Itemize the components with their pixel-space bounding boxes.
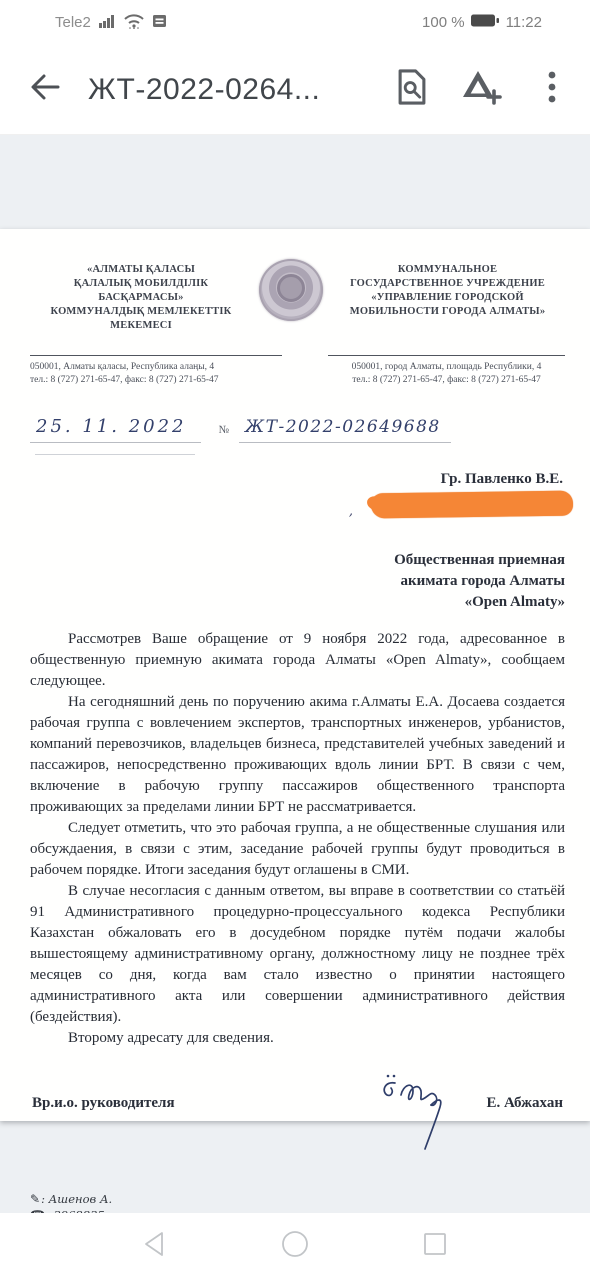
paragraph: Второму адресату для сведения. (30, 1028, 565, 1049)
battery-icon (471, 13, 500, 32)
find-in-page-icon (394, 68, 430, 111)
org-name-russian: КОММУНАЛЬНОЕ ГОСУДАРСТВЕННОЕ УЧРЕЖДЕНИЕ … (330, 259, 565, 319)
status-bar: Tele2 (0, 0, 590, 45)
battery-percent-label: 100 % (422, 14, 465, 31)
wifi-icon (123, 12, 145, 33)
nav-home-button[interactable] (280, 1232, 310, 1262)
signer-position: Вр.и.о. руководителя (32, 1095, 175, 1112)
org-name-kazakh: «АЛМАТЫ ҚАЛАСЫ ҚАЛАЛЫҚ МОБИЛДІЛІК БАСҚАР… (30, 259, 252, 333)
pen-icon: ✎ (30, 1192, 40, 1206)
letterhead: «АЛМАТЫ ҚАЛАСЫ ҚАЛАЛЫҚ МОБИЛДІЛІК БАСҚАР… (30, 259, 565, 333)
handwritten-mark: , (349, 504, 353, 519)
clock-label: 11:22 (506, 14, 542, 31)
handwritten-signature-icon (375, 1069, 470, 1156)
carrier-label: Tele2 (55, 14, 91, 31)
back-arrow-icon (27, 71, 61, 108)
add-to-drive-button[interactable] (460, 68, 504, 112)
letter-body: Рассмотрев Ваше обращение от 9 ноября 20… (30, 629, 565, 1049)
overflow-menu-button[interactable] (530, 68, 574, 112)
document-viewer[interactable]: «АЛМАТЫ ҚАЛАСЫ ҚАЛАЛЫҚ МОБИЛДІЛІК БАСҚАР… (0, 135, 590, 1213)
volte-icon (152, 13, 168, 33)
orange-redaction-highlight (371, 491, 573, 519)
letterhead-addresses: 050001, Алматы қаласы, Республика алаңы,… (30, 355, 565, 387)
executor-name: : Ашенов А. (41, 1192, 112, 1206)
address-kazakh: 050001, Алматы қаласы, Республика алаңы,… (30, 355, 282, 387)
google-drive-add-icon (461, 68, 503, 111)
signature-block: Вр.и.о. руководителя Е. Абжахан (30, 1081, 565, 1131)
handwritten-number: ЖТ-2022-02649688 (239, 417, 451, 443)
document-title: ЖТ-2022-0264... (88, 73, 320, 107)
nav-back-button[interactable] (140, 1232, 170, 1262)
nav-recents-button[interactable] (420, 1232, 450, 1262)
addressee-block: Гр. Павленко В.Е. , Общественная приемна… (30, 471, 565, 613)
paragraph: Следует отметить, что это рабочая группа… (30, 818, 565, 881)
three-dot-menu-icon (547, 70, 557, 109)
recents-square-icon (422, 1231, 448, 1262)
home-circle-icon (281, 1230, 309, 1263)
handwritten-date: 25. 11. 2022 (30, 416, 201, 443)
paragraph: На сегодняшний день по поручению акима г… (30, 692, 565, 818)
paragraph: Рассмотрев Ваше обращение от 9 ноября 20… (30, 629, 565, 692)
phone-screen: Tele2 (0, 0, 590, 1280)
back-button[interactable] (24, 70, 64, 110)
letter-page: «АЛМАТЫ ҚАЛАСЫ ҚАЛАЛЫҚ МОБИЛДІЛІК БАСҚАР… (0, 229, 590, 1121)
back-triangle-icon (142, 1230, 168, 1263)
reference-line: 25. 11. 2022 № ЖТ-2022-02649688 (30, 397, 565, 443)
kazakhstan-emblem-icon (259, 259, 323, 321)
stamp-line (35, 454, 195, 455)
android-navigation-bar (0, 1213, 590, 1280)
signal-strength-icon (98, 13, 116, 33)
paragraph: В случае несогласия с данным ответом, вы… (30, 881, 565, 1028)
address-russian: 050001, город Алматы, площадь Республики… (328, 355, 565, 387)
app-toolbar: ЖТ-2022-0264... (0, 45, 590, 135)
find-in-document-button[interactable] (390, 68, 434, 112)
number-sign-label: № (219, 424, 230, 436)
addressee-office: Общественная приемная акимата города Алм… (30, 550, 565, 613)
signer-name: Е. Абжахан (486, 1095, 563, 1112)
addressee-name: Гр. Павленко В.Е. (30, 471, 565, 488)
